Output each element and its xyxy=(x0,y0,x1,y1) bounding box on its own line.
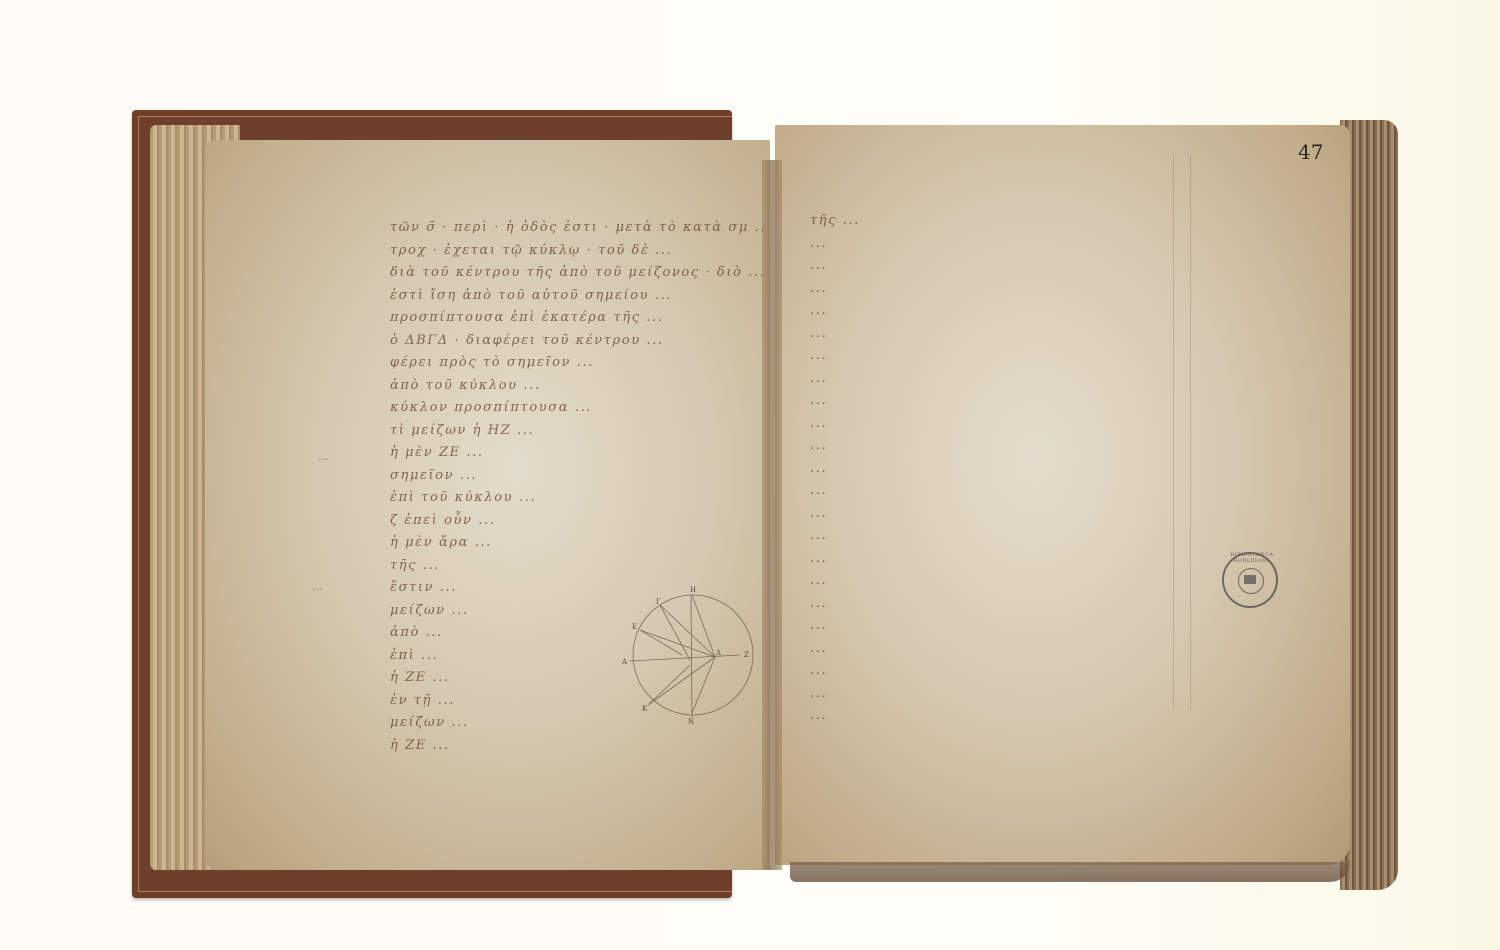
gutter xyxy=(762,160,782,870)
diagram-label: Γ xyxy=(656,598,661,606)
stamp-label: BIBLIOTHECA BODLEIANA xyxy=(1223,552,1281,564)
text-line: προσπίπτουσα ἐπὶ ἑκατέρα τῆς ... xyxy=(390,307,765,330)
text-line: ζ ἐπεὶ οὖν ... xyxy=(390,510,765,533)
margin-note: ... xyxy=(312,580,323,593)
text-line: ἀπὸ τοῦ κύκλου ... xyxy=(390,375,765,398)
library-stamp-icon: BIBLIOTHECA BODLEIANA xyxy=(1222,552,1278,608)
text-line: τῆς ... xyxy=(390,555,765,578)
text-line: ἡ ΖΕ ... xyxy=(390,735,765,758)
folio-number: 47 xyxy=(1298,140,1323,164)
photo-background: 47 τῶν σ̄ · περὶ · ἡ ὁδὸς ἐστι · μετὰ τὸ… xyxy=(0,0,1500,950)
text-line: ... xyxy=(810,345,1190,368)
book-icon xyxy=(1244,575,1256,584)
text-line: ... xyxy=(810,368,1190,391)
text-line: ἡ μὲν ΖΕ ... xyxy=(390,442,765,465)
margin-note: ... xyxy=(318,450,329,463)
text-line: ... xyxy=(810,548,1190,571)
text-line: ... xyxy=(810,615,1190,638)
text-line: ... xyxy=(810,323,1190,346)
text-line: ἡ μὲν ἄρα ... xyxy=(390,532,765,555)
text-line: ἐστὶ ἴση ἀπὸ τοῦ αὐτοῦ σημείου ... xyxy=(390,285,765,308)
text-line: ... xyxy=(810,255,1190,278)
diagram-label: Η xyxy=(690,586,696,594)
text-line: σημεῖον ... xyxy=(390,465,765,488)
text-line: ... xyxy=(810,638,1190,661)
text-line: ... xyxy=(810,705,1190,728)
text-line: ἐπὶ τοῦ κύκλου ... xyxy=(390,487,765,510)
page-edge-shadow xyxy=(790,862,1350,882)
diagram-label: Ε xyxy=(632,623,637,631)
diagram-label: Ν xyxy=(688,718,694,725)
text-line: ... xyxy=(810,570,1190,593)
text-line: ... xyxy=(810,435,1190,458)
text-line: τῆς ... xyxy=(810,210,1190,233)
ruling-line xyxy=(1190,155,1191,710)
text-line: ... xyxy=(810,660,1190,683)
text-line: τῶν σ̄ · περὶ · ἡ ὁδὸς ἐστι · μετὰ τὸ κα… xyxy=(390,217,765,240)
right-page-text: τῆς ... ... ... ... ... ... ... ... ... … xyxy=(810,210,1190,728)
text-line: ... xyxy=(810,390,1190,413)
text-line: διὰ τοῦ κέντρου τῆς ἀπὸ τοῦ μείζονος · δ… xyxy=(390,262,765,285)
text-line: ... xyxy=(810,525,1190,548)
text-line: ... xyxy=(810,233,1190,256)
diagram-label: Ζ xyxy=(744,651,749,659)
text-line: ... xyxy=(810,503,1190,526)
text-line: τροχ · ἐχεται τῷ κύκλῳ · τοῦ δὲ ... xyxy=(390,240,765,263)
text-line: ... xyxy=(810,480,1190,503)
geometric-diagram: Η Γ Ε Δ Α Κ Ν Ζ xyxy=(620,585,760,725)
text-line: ... xyxy=(810,413,1190,436)
text-line: ... xyxy=(810,458,1190,481)
text-line: ... xyxy=(810,300,1190,323)
diagram-label: Κ xyxy=(642,705,648,713)
diagram-label: Δ xyxy=(716,649,721,657)
text-line: κύκλον προσπίπτουσα ... xyxy=(390,397,765,420)
text-line: φέρει πρὸς τὸ σημεῖον ... xyxy=(390,352,765,375)
text-line: τὶ μείζων ἡ ΗΖ ... xyxy=(390,420,765,443)
text-line: ... xyxy=(810,593,1190,616)
diagram-label: Α xyxy=(621,658,628,666)
text-line: ὁ ΔΒΓΔ · διαφέρει τοῦ κέντρου ... xyxy=(390,330,765,353)
text-line: ... xyxy=(810,278,1190,301)
text-line: ... xyxy=(810,683,1190,706)
